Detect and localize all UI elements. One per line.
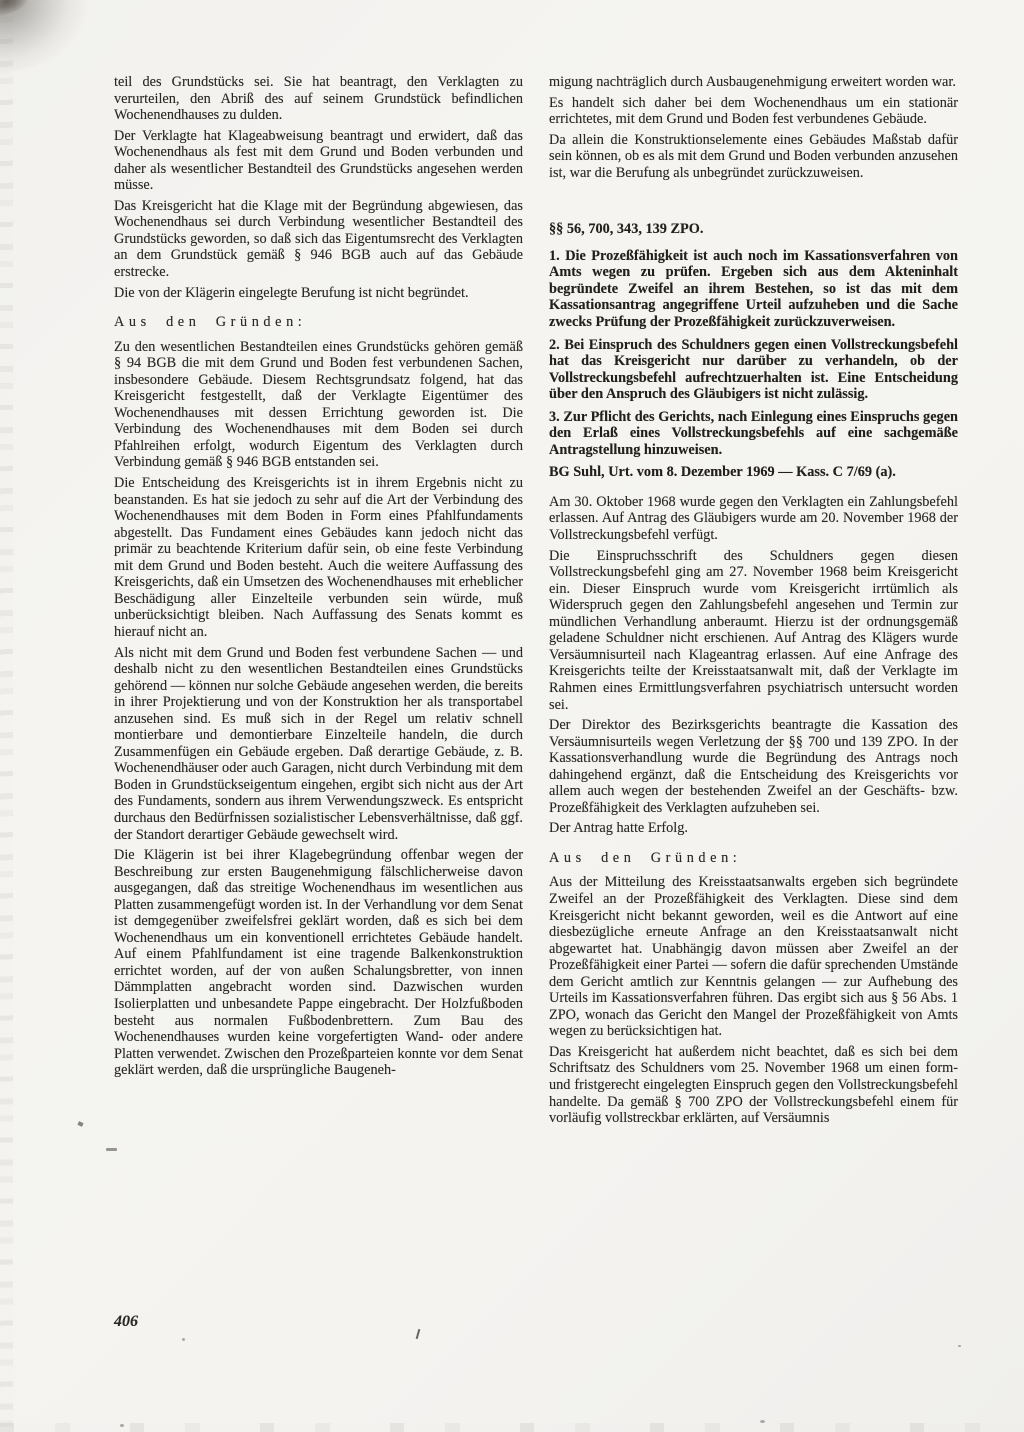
paragraph-continuation: teil des Grundstücks sei. Sie hat beantr… <box>114 74 523 124</box>
paragraph: Aus der Mitteilung des Kreisstaatsanwalt… <box>549 874 958 1039</box>
margin-dash-artifact <box>106 1148 117 1151</box>
reasons-heading: Aus den Gründen: <box>114 314 523 331</box>
paragraph: Die von der Klägerin eingelegte Berufung… <box>114 285 523 302</box>
paragraph: Zu den wesentlichen Bestandteilen eines … <box>114 339 523 471</box>
ink-speck <box>182 1338 185 1341</box>
paragraph: Der Antrag hatte Erfolg. <box>549 820 958 837</box>
ink-speck <box>120 1424 124 1427</box>
headnote-1: 1. Die Prozeßfähigkeit ist auch noch im … <box>549 248 958 331</box>
page-corner-smudge <box>0 0 98 79</box>
statute-heading: §§ 56, 700, 343, 139 ZPO. <box>549 221 958 238</box>
paragraph: Der Verklagte hat Klageabweisung beantra… <box>114 128 523 194</box>
paragraph: Das Kreisgericht hat die Klage mit der B… <box>114 198 523 281</box>
ink-speck <box>958 1345 961 1347</box>
bottom-edge-scan-noise <box>0 1423 1024 1432</box>
margin-tick-artifact <box>77 1121 83 1127</box>
paragraph: Am 30. Oktober 1968 wurde gegen den Verk… <box>549 494 958 544</box>
scanned-journal-page: teil des Grundstücks sei. Sie hat beantr… <box>0 0 1024 1432</box>
paragraph-continuation: migung nachträglich durch Ausbaugenehmig… <box>549 74 958 91</box>
paragraph: Das Kreisgericht hat außerdem nicht beac… <box>549 1044 958 1127</box>
paragraph: Die Klägerin ist bei ihrer Klagebegründu… <box>114 847 523 1079</box>
ink-speck <box>760 1420 765 1423</box>
left-text-column: teil des Grundstücks sei. Sie hat beantr… <box>114 74 523 1083</box>
paragraph: Die Einspruchsschrift des Schuldners geg… <box>549 548 958 713</box>
reasons-heading: Aus den Gründen: <box>549 850 958 867</box>
left-edge-scan-noise <box>0 0 13 1432</box>
headnote-3: 3. Zur Pflicht des Gerichts, nach Einleg… <box>549 409 958 459</box>
paragraph: Die Entscheidung des Kreisgerichts ist i… <box>114 475 523 640</box>
paragraph: Es handelt sich daher bei dem Wochenendh… <box>549 95 958 128</box>
stray-slash-mark <box>416 1329 421 1339</box>
right-text-column: migung nachträglich durch Ausbaugenehmig… <box>549 74 958 1131</box>
headnote-2: 2. Bei Einspruch des Schuldners gegen ei… <box>549 337 958 403</box>
paragraph: Der Direktor des Bezirksgerichts beantra… <box>549 717 958 816</box>
paragraph: Als nicht mit dem Grund und Boden fest v… <box>114 645 523 844</box>
court-citation: BG Suhl, Urt. vom 8. Dezember 1969 — Kas… <box>549 464 958 481</box>
paragraph: Da allein die Konstruktionselemente eine… <box>549 132 958 182</box>
page-number: 406 <box>114 1313 138 1331</box>
